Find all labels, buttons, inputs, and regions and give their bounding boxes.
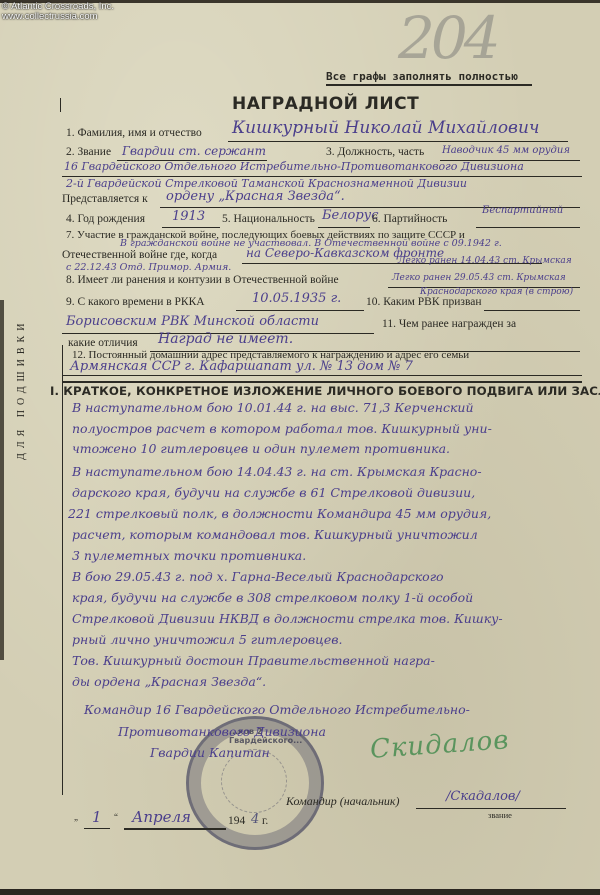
copyright-watermark: © Atlantic Crossroads, Inc. www.collectr… xyxy=(2,2,114,22)
field-9-value[interactable]: 10.05.1935 г. xyxy=(252,291,341,306)
narrative-line: 3 пулеметных точки противника. xyxy=(72,548,306,563)
presented-value[interactable]: ордену „Красная Звезда“. xyxy=(166,189,345,204)
field-3-value-line1[interactable]: Наводчик 45 мм орудия xyxy=(442,145,570,156)
date-suffix: г. xyxy=(262,815,268,827)
field-11-label-line2: какие отличия xyxy=(68,337,138,349)
narrative-line: Тов. Кишкурный достоин Правительственной… xyxy=(72,653,435,668)
narrative-line: расчет, которым командовал тов. Кишкурны… xyxy=(72,527,478,542)
narrative-line: рный лично уничтожил 5 гитлеровцев. xyxy=(72,632,343,647)
rank-label: звание xyxy=(488,810,512,820)
field-12-line xyxy=(62,375,582,376)
field-1-label: 1. Фамилия, имя и отчество xyxy=(66,127,202,139)
field-11-value[interactable]: Наград не имеет. xyxy=(158,331,293,347)
field-9-label: 9. С какого времени в РККА xyxy=(66,296,205,308)
section-title: I. КРАТКОЕ, КОНКРЕТНОЕ ИЗЛОЖЕНИЕ ЛИЧНОГО… xyxy=(50,384,600,398)
field-1-line xyxy=(228,141,568,142)
field-9-line xyxy=(236,310,364,311)
date-year-suffix[interactable]: 4 xyxy=(251,812,259,827)
fill-instruction: Все графы заполнять полностью xyxy=(326,70,532,86)
field-12-value[interactable]: Армянская ССР г. Кафаршапат ул. № 13 дом… xyxy=(70,359,413,374)
field-10-label: 10. Каким РВК призван xyxy=(366,296,482,308)
narrative-line: дарского края, будучи на службе в 61 Стр… xyxy=(72,485,475,500)
date-year-prefix: 194 xyxy=(228,815,245,827)
field-3-label: 3. Должность, часть xyxy=(326,146,424,158)
narrative-line: В наступательном бою 10.01.44 г. на выс.… xyxy=(72,400,474,415)
field-5-line xyxy=(318,227,370,228)
narrative-line: ды ордена „Красная Звезда“. xyxy=(72,674,266,689)
field-6-label: 6. Партийность xyxy=(372,213,447,225)
date-quote-close: “ xyxy=(114,812,118,822)
watermark-line2: www.collectrussia.com xyxy=(2,12,114,22)
field-7-label-line2: Отечественной войне где, когда xyxy=(62,249,217,261)
binding-edge xyxy=(0,300,4,660)
field-3-value-line2[interactable]: 16 Гвардейского Отдельного Истребительно… xyxy=(64,160,524,173)
field-6-line xyxy=(476,227,580,228)
field-5-label: 5. Национальность xyxy=(222,213,315,225)
field-4-line xyxy=(162,227,220,228)
narrative-line: В наступательном бою 14.04.43 г. на ст. … xyxy=(72,464,482,479)
commander-label: Командир (начальник) xyxy=(286,794,400,809)
signature-line1: Командир 16 Гвардейского Отдельного Истр… xyxy=(84,702,470,717)
field-10-line xyxy=(484,310,580,311)
field-8-value-line1[interactable]: Легко ранен 14.04.43 ст. Крымская xyxy=(398,256,572,266)
field-8-label: 8. Имеет ли ранения и контузии в Отечест… xyxy=(66,274,339,286)
signature-line3: Гвардии Капитан xyxy=(150,745,270,760)
field-4-label: 4. Год рождения xyxy=(66,213,145,225)
narrative-line: Стрелковой Дивизии НКВД в должности стре… xyxy=(72,611,503,626)
field-8-value-line2[interactable]: Легко ранен 29.05.43 ст. Крымская xyxy=(392,273,566,283)
field-7-value-line3[interactable]: с 22.12.43 Отд. Примор. Армия. xyxy=(66,262,231,273)
narrative-line: края, будучи на службе в 308 стрелковом … xyxy=(72,590,473,605)
binding-margin-line xyxy=(62,345,63,795)
margin-tick xyxy=(60,98,61,112)
document-title: НАГРАДНОЙ ЛИСТ xyxy=(232,94,419,114)
narrative-line: 221 стрелковый полк, в должности Команди… xyxy=(68,506,491,521)
signature-line2: Противотанкового Дивизиона xyxy=(118,724,326,739)
archive-number: 204 xyxy=(398,4,497,72)
field-2-value[interactable]: Гвардии ст. сержант xyxy=(122,144,266,158)
date-month[interactable]: Апреля xyxy=(132,808,191,826)
bottom-edge xyxy=(0,889,600,895)
commander-signature-line xyxy=(416,808,566,809)
narrative-line: чтожено 10 гитлеровцев и один пулемет пр… xyxy=(72,441,450,456)
field-1-value[interactable]: Кишкурный Николай Михайлович xyxy=(232,118,539,138)
section-divider xyxy=(62,381,582,383)
date-day[interactable]: 1 xyxy=(92,808,102,826)
binding-side-label: ДЛЯ ПОДШИВКИ xyxy=(16,319,27,460)
field-5-value[interactable]: Белорус xyxy=(322,208,379,223)
field-2-label: 2. Звание xyxy=(66,146,111,158)
field-10-value[interactable]: Борисовским РВК Минской области xyxy=(66,314,319,329)
narrative-line: полуостров расчет в котором работал тов.… xyxy=(72,421,492,436)
field-6-value[interactable]: Беспартийный xyxy=(482,205,563,216)
field-4-value[interactable]: 1913 xyxy=(172,209,205,224)
narrative-line: В бою 29.05.43 г. под х. Гарна-Веселый К… xyxy=(72,569,444,584)
commander-signature[interactable]: /Скадалов/ xyxy=(446,789,520,804)
field-11-label-line1: 11. Чем ранее награжден за xyxy=(382,318,516,330)
date-quote-open: „ xyxy=(74,812,78,822)
presented-label: Представляется к xyxy=(62,193,148,205)
date-day-line xyxy=(84,828,110,829)
date-month-line xyxy=(124,828,226,830)
